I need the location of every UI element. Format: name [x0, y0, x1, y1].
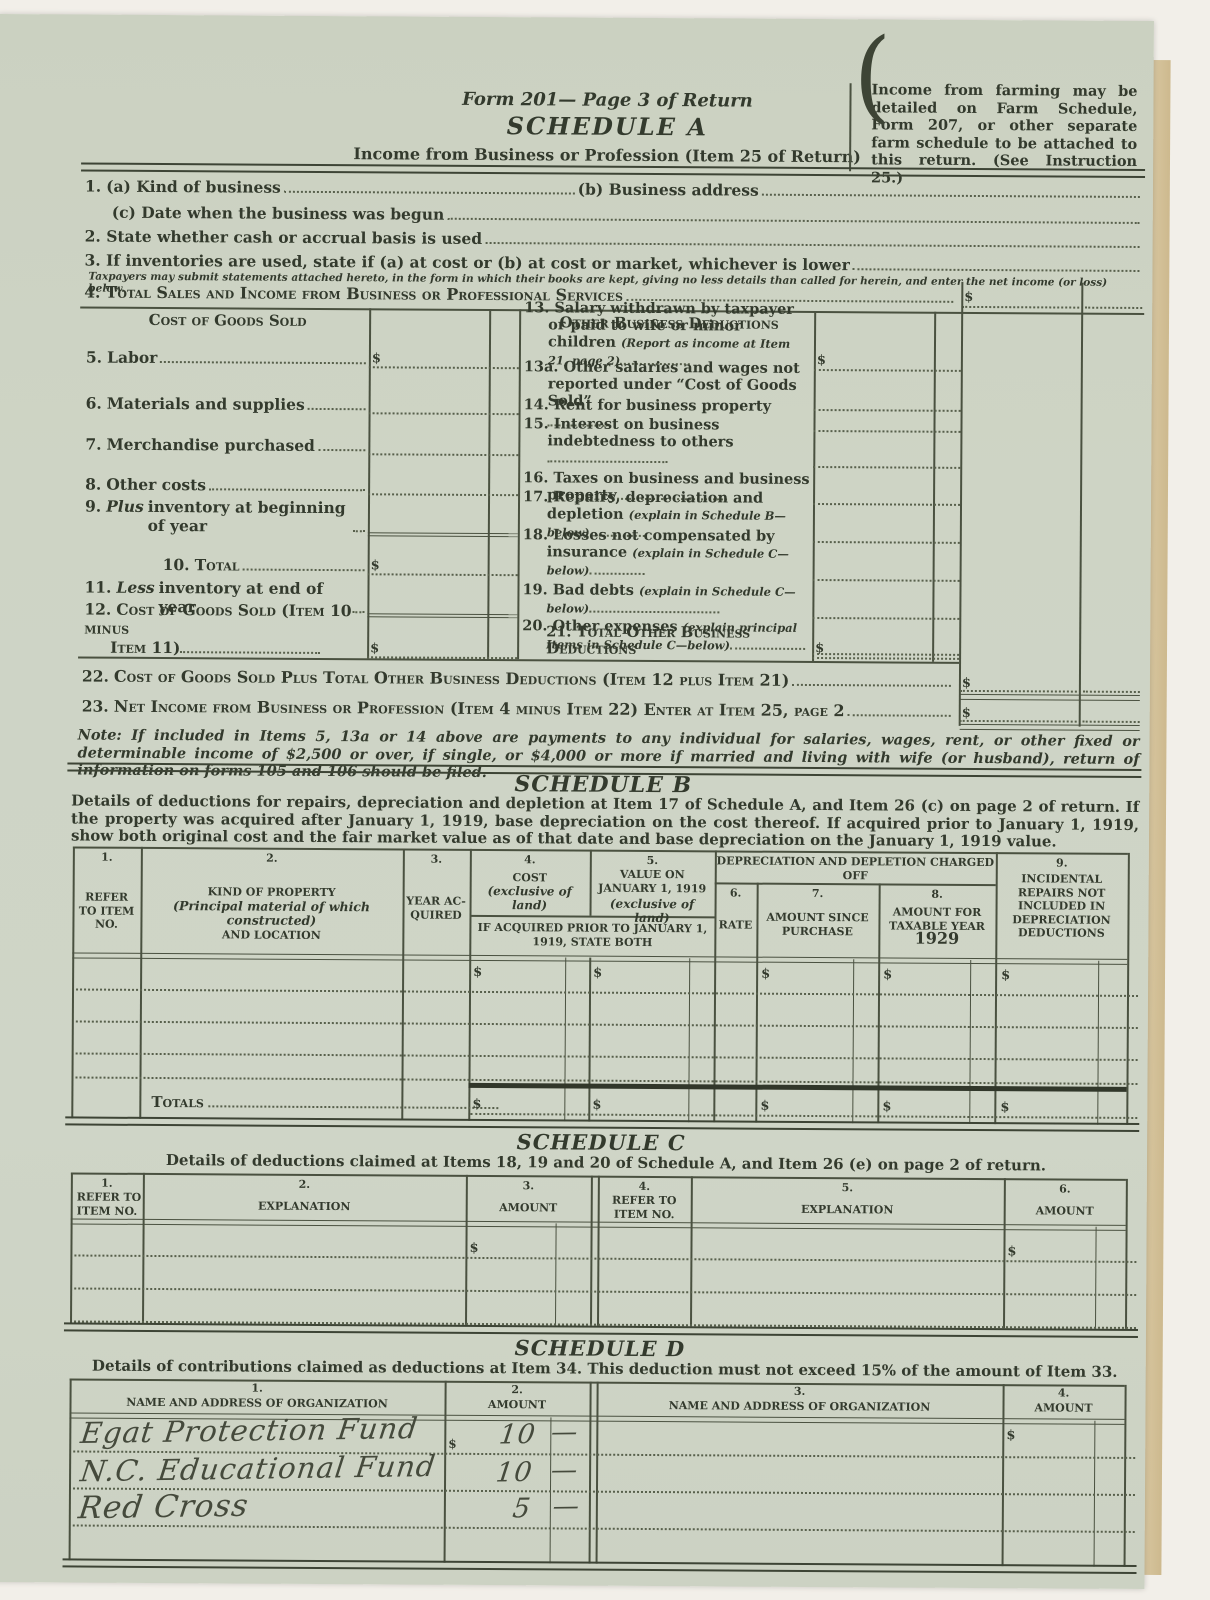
- item-10-row: 10.Total $: [85, 552, 518, 577]
- fill-line: [284, 189, 575, 195]
- left-brace: (: [854, 67, 892, 86]
- item-8-row: 8.Other costs: [85, 472, 518, 497]
- item-2-row: 2. State whether cash or accrual basis i…: [85, 227, 1143, 252]
- sb-col9-number: 9.: [996, 856, 1128, 870]
- fill-line: [447, 216, 1139, 224]
- sc-col3-number: 3.: [466, 1179, 591, 1193]
- item-10-amount: $: [368, 553, 518, 576]
- rule: [588, 958, 591, 1122]
- sb-r1-c8-dollar: $: [883, 967, 892, 982]
- handwritten-dash-2: —: [549, 1455, 580, 1485]
- dots: [180, 649, 320, 654]
- item-21-amount: $: [812, 639, 959, 660]
- dots: [792, 682, 951, 687]
- handwritten-amount-1: 10: [497, 1419, 537, 1451]
- sc-col5-label: EXPLANATION: [691, 1202, 1004, 1217]
- sd-col3-number: 3.: [597, 1384, 1003, 1400]
- sd-col2-number: 2.: [445, 1383, 590, 1397]
- dots: [308, 406, 366, 410]
- sb-col5-number: 5.: [590, 854, 715, 868]
- item-19-amount: [812, 599, 959, 620]
- item-17-amount: [813, 523, 960, 544]
- sb-r1-c9-dollar: $: [1001, 968, 1010, 983]
- sb-totals-label: Totals: [151, 1093, 498, 1113]
- dots: [589, 609, 719, 614]
- schedule-a-subtitle: Income from Business or Profession (Item…: [297, 144, 917, 167]
- dots: [208, 1103, 498, 1109]
- item-13a-amount: [814, 391, 961, 412]
- sd-col3-label: NAME AND ADDRESS OF ORGANIZATION: [596, 1399, 1002, 1415]
- item-11-amount: [367, 593, 517, 618]
- dots: [353, 528, 365, 532]
- sc-r1-c6-dollar: $: [1007, 1244, 1016, 1259]
- item-5-amount: $: [369, 346, 519, 369]
- schedule-a-title: SCHEDULE A: [327, 110, 887, 142]
- sb-tot-c7-dollar: $: [760, 1099, 769, 1114]
- dots: [547, 458, 667, 463]
- sb-col45-sub: IF ACQUIRED PRIOR TO JANUARY 1, 1919, ST…: [477, 921, 707, 949]
- item-15-amount: [813, 448, 960, 469]
- sb-col8-number: 8.: [879, 887, 996, 901]
- table-bottom-rule: [63, 1558, 1137, 1574]
- sc-col1-label: REFER TO ITEM NO.: [73, 1190, 145, 1217]
- sb-col4-sub: (exclusive of land): [470, 885, 590, 913]
- rule: [1003, 1178, 1005, 1328]
- sc-col6-label: AMOUNT: [1004, 1204, 1126, 1218]
- dots: [243, 567, 365, 572]
- item-22-amount-line: [960, 690, 1077, 693]
- sb-row-line: [76, 1020, 1138, 1028]
- item-23-sum-rule: [960, 724, 1140, 731]
- item-4-row: 4. Total Sales and Income from Business …: [84, 283, 956, 307]
- sb-col2-number: 2.: [141, 851, 403, 866]
- item-22-cents-line: [1083, 691, 1140, 693]
- handwritten-organization-2: N.C. Educational Fund: [78, 1449, 437, 1488]
- handwritten-organization-3: Red Cross: [76, 1488, 250, 1526]
- rule: [1097, 961, 1099, 1125]
- sc-col3-label: AMOUNT: [466, 1201, 591, 1215]
- item-22-row: 22. Cost of Goods Sold Plus Total Other …: [82, 667, 954, 691]
- item-16-amount: [813, 485, 960, 506]
- item-9-row: 9.Plusinventory at beginning of year: [85, 513, 518, 538]
- rule: [465, 1175, 467, 1325]
- rule: [564, 957, 566, 1121]
- sc-col2-label: EXPLANATION: [143, 1199, 466, 1214]
- scanned-tax-form-page: { "cur": "$", "header": { "form_line": "…: [0, 0, 1210, 1600]
- dots: [209, 486, 365, 491]
- sd-r1-c2-dollar: $: [448, 1437, 456, 1451]
- item-13-amount: $: [814, 351, 961, 372]
- item-7-amount: [368, 433, 518, 456]
- sd-col1-label: NAME AND ADDRESS OF ORGANIZATION: [69, 1395, 444, 1411]
- form-number-line: Form 201— Page 3 of Return: [327, 88, 887, 112]
- sc-col1-number: 1.: [71, 1176, 143, 1190]
- sb-col7-number: 7.: [757, 887, 879, 901]
- sb-tot-c4-dollar: $: [472, 1097, 481, 1112]
- sb-col1-number: 1.: [73, 850, 141, 864]
- sb-row-line: [76, 988, 1138, 996]
- item-14-amount: [813, 412, 960, 433]
- fill-line: [485, 240, 1140, 248]
- item-6-amount: [369, 392, 519, 415]
- sb-col5-label: VALUE ON JANUARY 1, 1919: [592, 868, 713, 896]
- item-4-dollar-sign: $: [964, 290, 973, 305]
- sb-col6-number: 6.: [715, 886, 757, 900]
- sb-row-line: [76, 1052, 1138, 1060]
- sd-col4-number: 4.: [1003, 1386, 1125, 1400]
- item-23-dollar-sign: $: [962, 706, 971, 721]
- item-22-dollar-sign: $: [962, 676, 971, 691]
- sc-col2-number: 2.: [143, 1177, 466, 1192]
- header-bottom-rule: [72, 952, 1127, 964]
- rule: [1079, 283, 1083, 727]
- item-4-amount-line: [962, 306, 1079, 309]
- sc-col4-number: 4.: [598, 1180, 691, 1194]
- sb-tot-c8-dollar: $: [882, 1099, 891, 1114]
- cogs-title: Cost of Goods Sold: [86, 311, 369, 331]
- handwritten-amount-3: 5: [511, 1493, 533, 1524]
- schedule-b-intro: Details of deductions for repairs, depre…: [71, 792, 1139, 851]
- sb-tot-c9-dollar: $: [1000, 1100, 1009, 1115]
- sb-col3-number: 3.: [403, 852, 470, 866]
- form-sheet: Form 201— Page 3 of Return SCHEDULE A In…: [0, 14, 1154, 1589]
- sc-col5-number: 5.: [691, 1180, 1004, 1195]
- item-4-cents-line: [1085, 307, 1142, 309]
- sc-col4-label: REFER TO ITEM NO.: [603, 1194, 686, 1222]
- sb-col4-label: COST: [470, 871, 590, 885]
- sc-row-line: [74, 1254, 1136, 1262]
- sb-col8-year: 1929: [882, 931, 991, 945]
- dots: [160, 359, 366, 364]
- rule: [1125, 1179, 1127, 1329]
- item-18-row: 18.Losses not compensated by insurance (…: [523, 545, 960, 582]
- item-12-amount: $: [367, 636, 517, 659]
- handwritten-dash-1: —: [549, 1417, 580, 1447]
- sc-r1-c3-dollar: $: [469, 1241, 478, 1256]
- item-15-row: 15.Interest on business indebtedness to …: [523, 432, 960, 469]
- sb-col4-number: 4.: [470, 853, 590, 867]
- item-23-amount-line: [960, 720, 1077, 723]
- fill-line: [853, 266, 1140, 272]
- sb-r1-c4-dollar: $: [473, 965, 482, 980]
- item-6-row: 6.Materials and supplies: [86, 391, 519, 416]
- sb-col9-label: INCIDENTAL REPAIRS NOT INCLUDED IN DEPRE…: [1000, 872, 1122, 940]
- sd-col1-number: 1.: [70, 1380, 445, 1396]
- dots: [848, 712, 951, 717]
- item-22-sum-rule: [960, 694, 1140, 701]
- item-23-row: 23. Net Income from Business or Professi…: [82, 697, 954, 721]
- sb-col2-label: KIND OF PROPERTY (Principal material of …: [142, 885, 400, 943]
- item-7-row: 7.Merchandise purchased: [85, 432, 518, 457]
- rule: [690, 1176, 692, 1326]
- item-8-amount: [368, 473, 518, 496]
- handwritten-organization-1: Egat Protection Fund: [79, 1411, 420, 1450]
- sb-col3-label: YEAR AC- QUIRED: [404, 895, 467, 922]
- sd-col4-label: AMOUNT: [1002, 1401, 1124, 1415]
- rule: [590, 1176, 592, 1326]
- rule: [1095, 1227, 1097, 1329]
- sb-col1-label: REFER TO ITEM NO.: [76, 890, 136, 931]
- handwritten-dash-3: —: [551, 1491, 582, 1521]
- item-5-row: 5.Labor $: [86, 345, 519, 370]
- dots: [589, 571, 644, 575]
- sb-group-678: DEPRECIATION AND DEPLETION CHARGED OFF: [715, 854, 996, 883]
- sb-tot-c5-dollar: $: [592, 1098, 601, 1113]
- handwritten-amount-2: 10: [494, 1457, 534, 1489]
- item-18-amount: [813, 561, 960, 582]
- rule: [555, 1223, 557, 1325]
- rule: [969, 960, 971, 1124]
- sd-row-line: [73, 1524, 1135, 1532]
- schedule-d-subtitle: Details of contributions claimed as dedu…: [74, 1356, 1136, 1380]
- sb-r1-c5-dollar: $: [593, 966, 602, 981]
- item-21-row: 21.Total Other Business Deductions $: [522, 639, 959, 660]
- sb-col7-label: AMOUNT SINCE PURCHASE: [760, 911, 874, 939]
- item-19-row: 19.Bad debts (explain in Schedule C—belo…: [522, 583, 959, 620]
- schedule-c-subtitle: Details of deductions claimed at Items 1…: [75, 1150, 1137, 1174]
- sd-col2-label: AMOUNT: [444, 1398, 589, 1412]
- item-12-row: 12.Cost of Goods Sold (Item 10 minus Ite…: [84, 617, 517, 660]
- sb-r1-c7-dollar: $: [761, 967, 770, 982]
- rule: [852, 959, 854, 1123]
- dots: [318, 447, 365, 451]
- item-9-amount: [368, 512, 518, 537]
- rule: [71, 846, 74, 1118]
- sc-row-line: [74, 1287, 1136, 1295]
- rule: [597, 1176, 599, 1326]
- fill-line: [762, 192, 1140, 198]
- sb-totals-line: [470, 1113, 1137, 1119]
- item-1c-row: (c) Date when the business was begun: [85, 203, 1143, 228]
- sb-col6-label: RATE: [714, 918, 756, 932]
- sc-col6-number: 6.: [1004, 1182, 1126, 1196]
- rule: [688, 958, 690, 1122]
- item-23-cents-line: [1083, 721, 1140, 723]
- sd-r1-c4-dollar: $: [1006, 1428, 1015, 1443]
